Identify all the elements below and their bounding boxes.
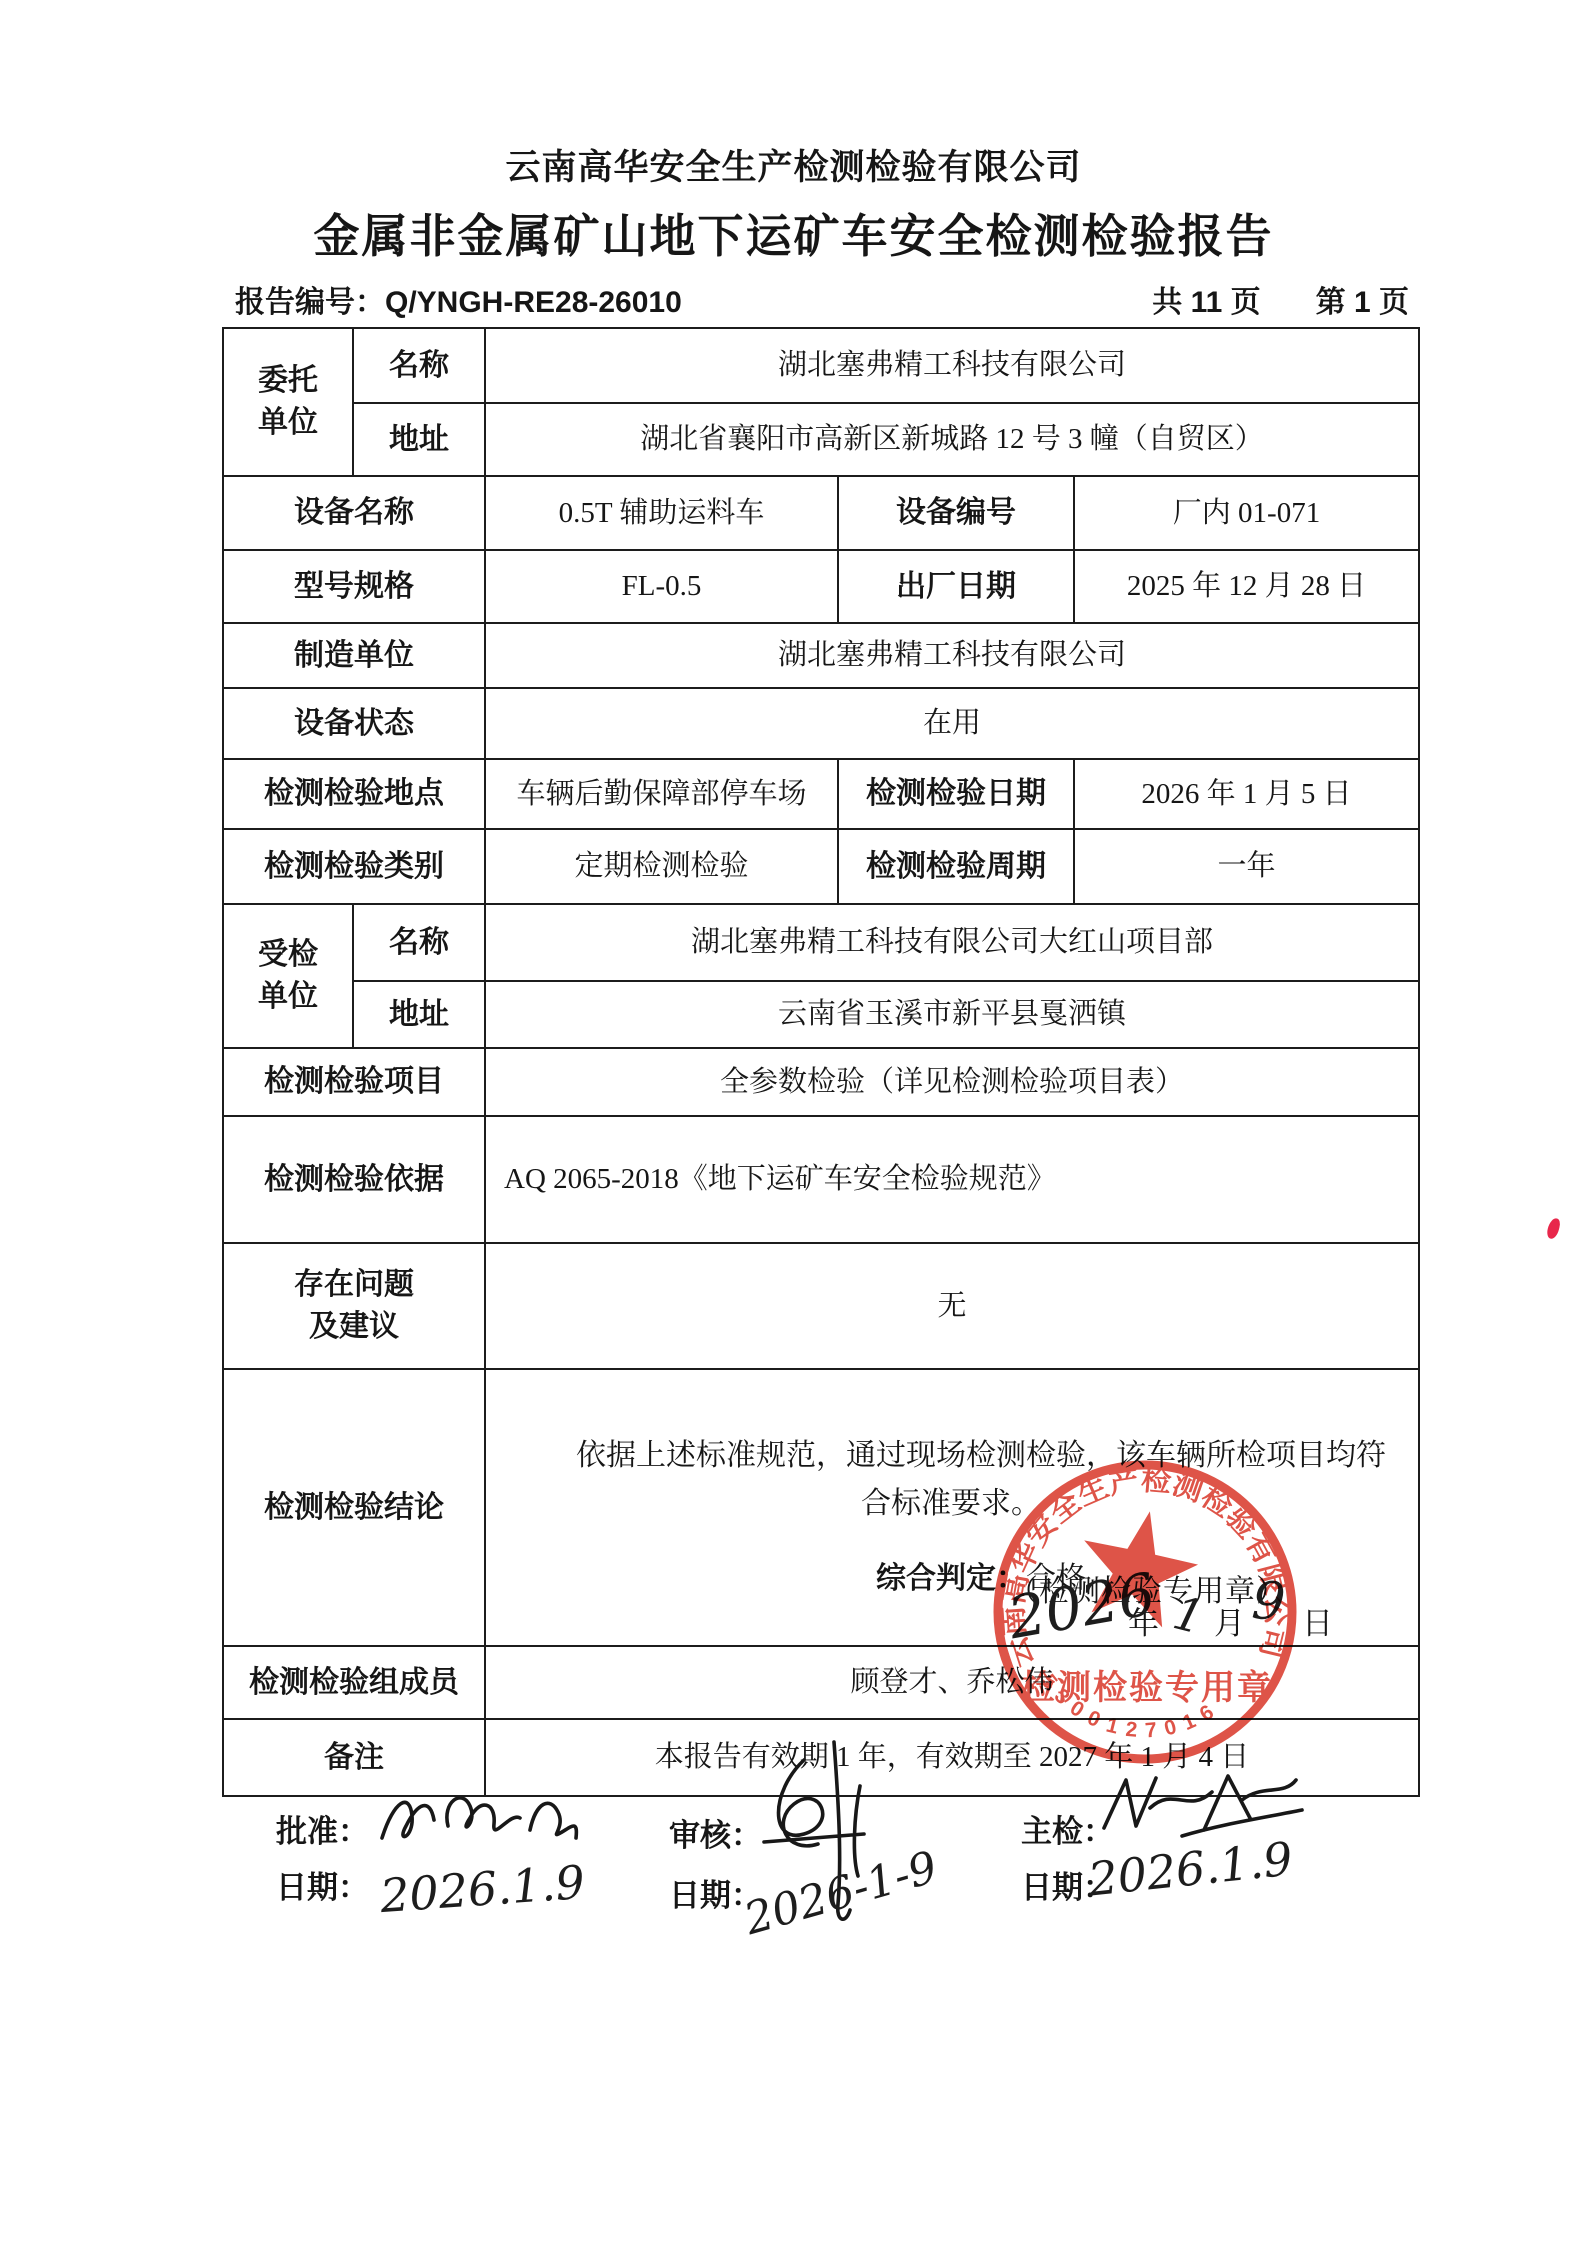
approve-signature xyxy=(372,1780,587,1865)
maker-value: 湖北塞弗精工科技有限公司 xyxy=(485,623,1419,688)
report-number-label: 报告编号： xyxy=(235,286,385,319)
entrust-addr-label: 地址 xyxy=(353,403,485,476)
insp-date-value: 2026 年 1 月 5 日 xyxy=(1074,759,1419,829)
table-row: 检测检验地点 车辆后勤保障部停车场 检测检验日期 2026 年 1 月 5 日 xyxy=(223,759,1419,829)
conclusion-label: 检测检验结论 xyxy=(223,1369,485,1646)
place-label: 检测检验地点 xyxy=(223,759,485,829)
problems-label: 存在问题及建议 xyxy=(223,1243,485,1369)
basis-label: 检测检验依据 xyxy=(223,1116,485,1243)
seal-date-day-char: 日 xyxy=(1302,1598,1333,1643)
page-current: 第 1 页 xyxy=(1316,277,1409,321)
type-label: 检测检验类别 xyxy=(223,829,485,904)
approve-date-label: 日期： xyxy=(276,1862,369,1907)
entrust-name-label: 名称 xyxy=(353,328,485,403)
report-title: 金属非金属矿山地下运矿车安全检测检验报告 xyxy=(0,200,1587,266)
device-name-value: 0.5T 辅助运料车 xyxy=(485,476,838,550)
insp-date-label: 检测检验日期 xyxy=(838,759,1074,829)
problems-value: 无 xyxy=(485,1243,1419,1369)
table-row: 受检单位 名称 湖北塞弗精工科技有限公司大红山项目部 xyxy=(223,904,1419,981)
table-row: 检测检验项目 全参数检验（详见检测检验项目表） xyxy=(223,1048,1419,1116)
table-row: 检测检验依据 AQ 2065-2018《地下运矿车安全检验规范》 xyxy=(223,1116,1419,1243)
cycle-value: 一年 xyxy=(1074,829,1419,904)
table-row: 委托单位 名称 湖北塞弗精工科技有限公司 xyxy=(223,328,1419,403)
report-number: 报告编号：Q/YNGH-RE28-26010 xyxy=(235,277,682,321)
table-row: 型号规格 FL-0.5 出厂日期 2025 年 12 月 28 日 xyxy=(223,550,1419,623)
model-label: 型号规格 xyxy=(223,550,485,623)
device-no-label: 设备编号 xyxy=(838,476,1074,550)
company-name-title: 云南高华安全生产检测检验有限公司 xyxy=(0,140,1587,190)
items-value: 全参数检验（详见检测检验项目表） xyxy=(485,1048,1419,1116)
approve-label: 批准： xyxy=(276,1806,369,1851)
report-meta-line: 报告编号：Q/YNGH-RE28-26010 共 11 页 第 1 页 xyxy=(235,277,1417,321)
table-row: 检测检验类别 定期检测检验 检测检验周期 一年 xyxy=(223,829,1419,904)
basis-value: AQ 2065-2018《地下运矿车安全检验规范》 xyxy=(485,1116,1419,1243)
cycle-label: 检测检验周期 xyxy=(838,829,1074,904)
table-row: 设备状态 在用 xyxy=(223,688,1419,759)
page-indicator: 共 11 页 第 1 页 xyxy=(1152,277,1417,321)
entrust-unit-group-label: 委托单位 xyxy=(223,328,353,476)
report-number-value: Q/YNGH-RE28-26010 xyxy=(385,286,682,319)
members-label: 检测检验组成员 xyxy=(223,1646,485,1719)
red-ink-speck xyxy=(1546,1217,1562,1240)
report-page: 云南高华安全生产检测检验有限公司 金属非金属矿山地下运矿车安全检测检验报告 报告… xyxy=(0,0,1587,2244)
inspected-name-value: 湖北塞弗精工科技有限公司大红山项目部 xyxy=(485,904,1419,981)
status-value: 在用 xyxy=(485,688,1419,759)
handwritten-approve-date: 2026.1.9 xyxy=(378,1855,586,1923)
inspected-unit-group-label: 受检单位 xyxy=(223,904,353,1048)
table-row: 设备名称 0.5T 辅助运料车 设备编号 厂内 01-071 xyxy=(223,476,1419,550)
inspected-addr-label: 地址 xyxy=(353,981,485,1048)
mfg-date-label: 出厂日期 xyxy=(838,550,1074,623)
inspected-name-label: 名称 xyxy=(353,904,485,981)
maker-label: 制造单位 xyxy=(223,623,485,688)
device-no-value: 厂内 01-071 xyxy=(1074,476,1419,550)
mfg-date-value: 2025 年 12 月 28 日 xyxy=(1074,550,1419,623)
entrust-addr-value: 湖北省襄阳市高新区新城路 12 号 3 幢（自贸区） xyxy=(485,403,1419,476)
entrust-name-value: 湖北塞弗精工科技有限公司 xyxy=(485,328,1419,403)
inspected-addr-value: 云南省玉溪市新平县戛洒镇 xyxy=(485,981,1419,1048)
inspection-seal-stamp: 云南高华安全生产检测检验有限公司 检测检验专用章 5300127016 xyxy=(985,1452,1305,1772)
stamp-star-icon xyxy=(1070,1499,1207,1632)
table-row: 地址 湖北省襄阳市高新区新城路 12 号 3 幢（自贸区） xyxy=(223,403,1419,476)
device-name-label: 设备名称 xyxy=(223,476,485,550)
type-value: 定期检测检验 xyxy=(485,829,838,904)
place-value: 车辆后勤保障部停车场 xyxy=(485,759,838,829)
status-label: 设备状态 xyxy=(223,688,485,759)
table-row: 存在问题及建议 无 xyxy=(223,1243,1419,1369)
table-row: 制造单位 湖北塞弗精工科技有限公司 xyxy=(223,623,1419,688)
table-row: 地址 云南省玉溪市新平县戛洒镇 xyxy=(223,981,1419,1048)
model-value: FL-0.5 xyxy=(485,550,838,623)
items-label: 检测检验项目 xyxy=(223,1048,485,1116)
pages-total: 共 11 页 xyxy=(1152,277,1260,321)
